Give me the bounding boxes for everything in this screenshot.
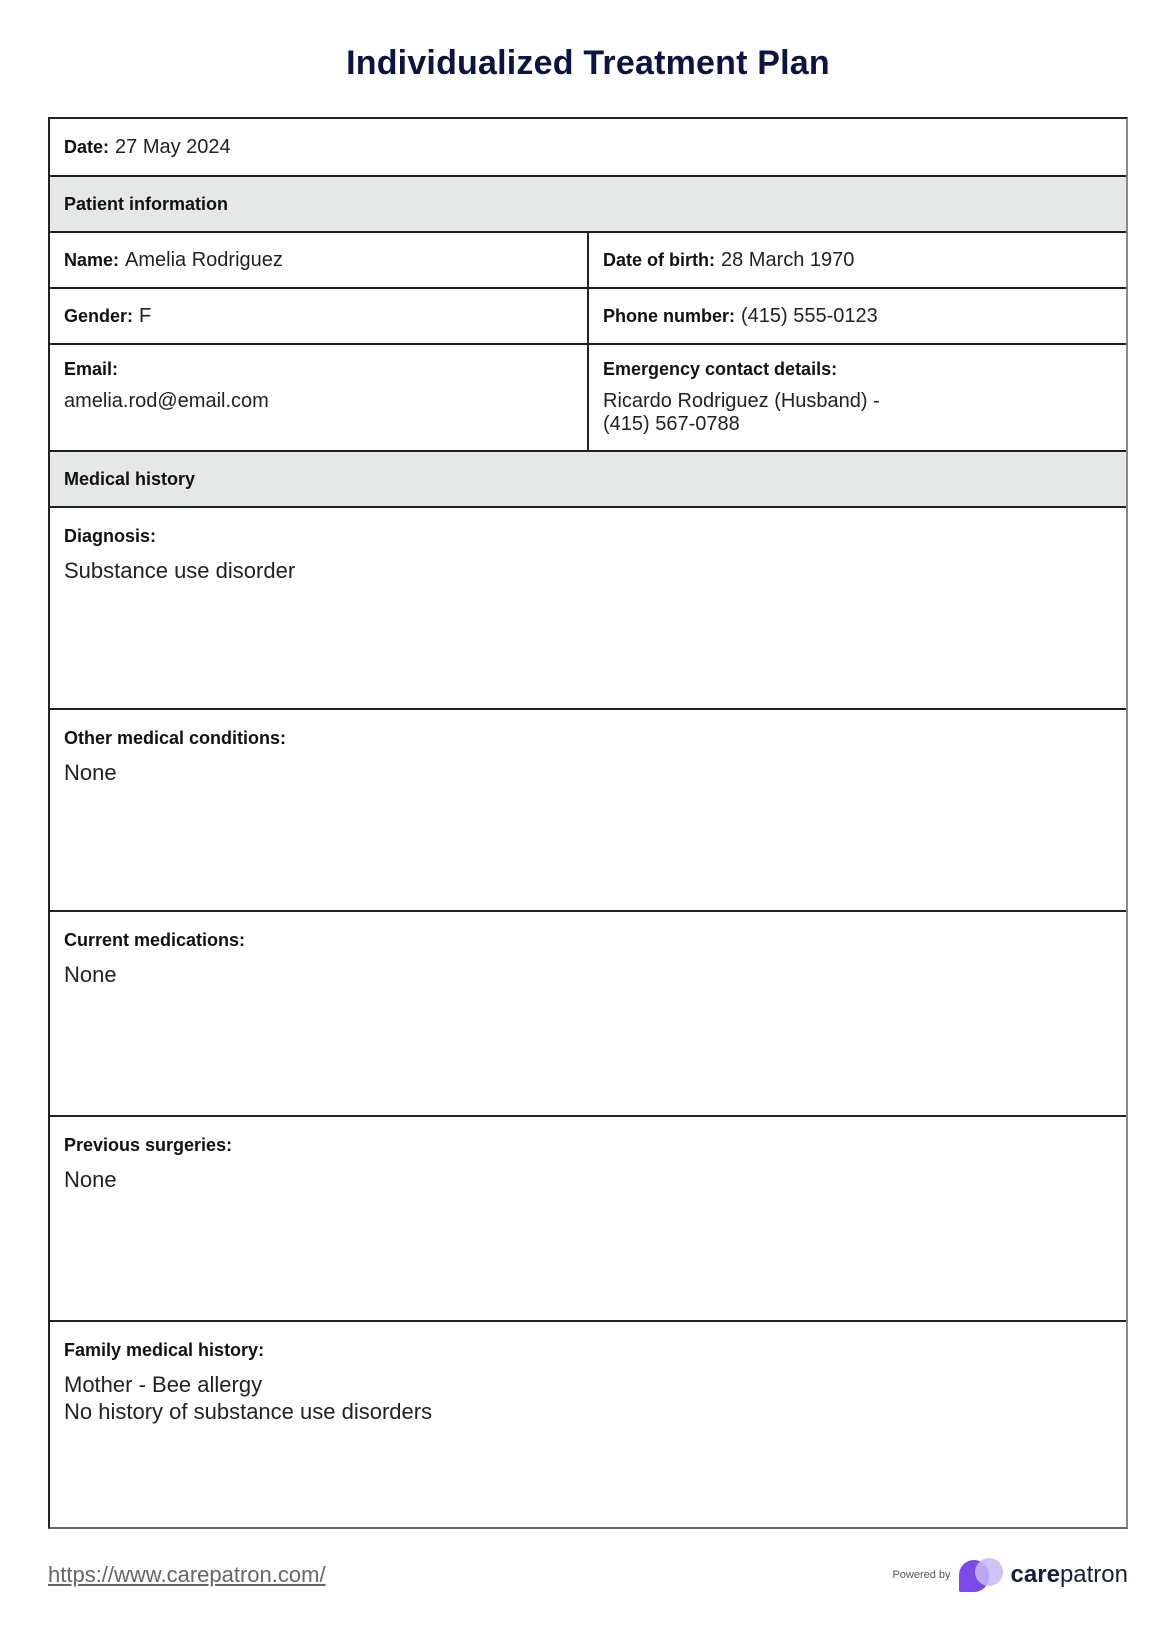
carepatron-logo-icon [959,1558,1005,1592]
family-history-line: No history of substance use disorders [64,1398,1112,1425]
other-conditions-row: Other medical conditions: None [50,710,1126,912]
date-value: 27 May 2024 [115,136,231,159]
previous-surgeries-row: Previous surgeries: None [50,1117,1126,1322]
other-conditions-line: None [64,759,1112,786]
emergency-contact-line: (415) 567-0788 [603,413,1112,436]
previous-surgeries-cell: Previous surgeries: None [50,1117,1126,1320]
previous-surgeries-label: Previous surgeries: [64,1135,1112,1156]
medical-history-cell: Medical history [50,452,1126,506]
carepatron-wordmark: carepatron [1011,1561,1128,1589]
carepatron-website-link[interactable]: https://www.carepatron.com/ [48,1562,326,1588]
treatment-plan-table: Date: 27 May 2024 Patient information Na… [48,117,1128,1529]
family-history-cell: Family medical history: Mother - Bee all… [50,1322,1126,1527]
gender-cell: Gender: F [50,289,587,343]
dob-label: Date of birth: [603,250,715,271]
email-cell: Email: amelia.rod@email.com [50,345,587,450]
previous-surgeries-value: None [64,1166,1112,1193]
email-emergency-row: Email: amelia.rod@email.com Emergency co… [50,345,1126,452]
family-history-line: Mother - Bee allergy [64,1371,1112,1398]
emergency-contact-label: Emergency contact details: [603,359,1112,380]
current-medications-row: Current medications: None [50,912,1126,1117]
date-cell: Date: 27 May 2024 [50,119,1126,175]
emergency-contact-value: Ricardo Rodriguez (Husband) - (415) 567-… [603,390,1112,436]
current-medications-label: Current medications: [64,930,1112,951]
family-history-row: Family medical history: Mother - Bee all… [50,1322,1126,1527]
name-dob-row: Name: Amelia Rodriguez Date of birth: 28… [50,233,1126,289]
email-label: Email: [64,359,573,380]
diagnosis-label: Diagnosis: [64,526,1112,547]
patient-information-heading: Patient information [64,194,228,215]
other-conditions-cell: Other medical conditions: None [50,710,1126,910]
date-row: Date: 27 May 2024 [50,119,1126,177]
dob-cell: Date of birth: 28 March 1970 [587,233,1126,287]
name-label: Name: [64,250,119,271]
current-medications-cell: Current medications: None [50,912,1126,1115]
emergency-contact-cell: Emergency contact details: Ricardo Rodri… [587,345,1126,450]
diagnosis-row: Diagnosis: Substance use disorder [50,508,1126,710]
email-value: amelia.rod@email.com [64,390,573,413]
family-history-label: Family medical history: [64,1340,1112,1361]
brand-bold: care [1011,1561,1060,1588]
date-label: Date: [64,137,109,158]
medical-history-heading: Medical history [64,469,195,490]
dob-value: 28 March 1970 [721,249,854,272]
current-medications-value: None [64,961,1112,988]
gender-label: Gender: [64,306,133,327]
phone-cell: Phone number: (415) 555-0123 [587,289,1126,343]
brand-rest: patron [1060,1561,1128,1588]
previous-surgeries-line: None [64,1166,1112,1193]
other-conditions-label: Other medical conditions: [64,728,1112,749]
family-history-value: Mother - Bee allergy No history of subst… [64,1371,1112,1425]
diagnosis-cell: Diagnosis: Substance use disorder [50,508,1126,708]
document-title: Individualized Treatment Plan [0,44,1176,83]
gender-value: F [139,305,151,328]
phone-label: Phone number: [603,306,735,327]
name-value: Amelia Rodriguez [125,249,283,272]
emergency-contact-line: Ricardo Rodriguez (Husband) - [603,390,1112,413]
name-cell: Name: Amelia Rodriguez [50,233,587,287]
gender-phone-row: Gender: F Phone number: (415) 555-0123 [50,289,1126,345]
current-medications-line: None [64,961,1112,988]
medical-history-header: Medical history [50,452,1126,508]
patient-information-cell: Patient information [50,177,1126,231]
diagnosis-line: Substance use disorder [64,557,1112,584]
other-conditions-value: None [64,759,1112,786]
powered-by-text: Powered by [892,1569,950,1581]
diagnosis-value: Substance use disorder [64,557,1112,584]
patient-information-header: Patient information [50,177,1126,233]
powered-by-carepatron: Powered by carepatron [892,1558,1128,1592]
phone-value: (415) 555-0123 [741,305,878,328]
